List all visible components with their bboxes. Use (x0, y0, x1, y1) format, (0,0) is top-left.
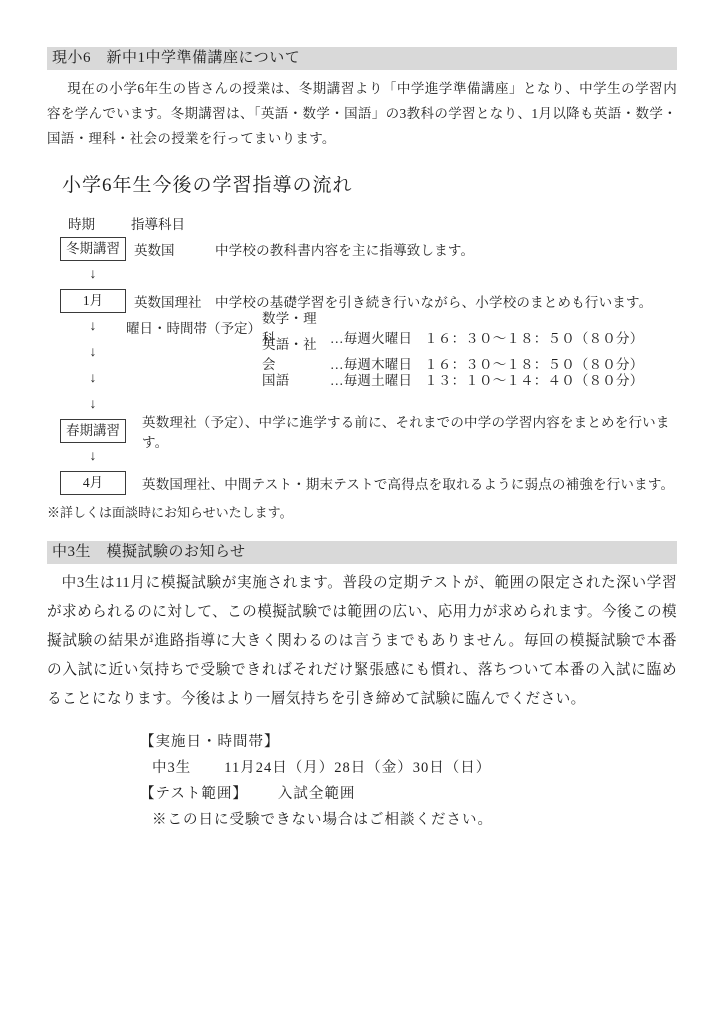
exam-grade: 中3生 (152, 760, 191, 776)
schedule-entry: 英語・社会…毎週木曜日１６：３０～１８：５０（８０分） (262, 333, 643, 373)
schedule-label: 曜日・時間帯（予定） (126, 317, 262, 337)
flow-header-period: 時期 (68, 213, 131, 233)
exam-note: ※この日に受験できない場合はご相談ください。 (152, 807, 677, 833)
schedule-day: …毎週土曜日 (330, 373, 412, 388)
exam-dates: 11月24日（月）28日（金）30日（日） (224, 760, 491, 776)
step-description: 英数理社（予定）、中学に進学する前に、それまでの中学の学習内容をまとめを行います… (142, 411, 677, 451)
down-arrow-icon: ↓ (60, 371, 126, 387)
step-subjects: 英数国理社 (134, 291, 215, 311)
flow-header-row: 時期 指導科目 (47, 210, 677, 236)
step-description: 英数国理社、中間テスト・期末テストで高得点を取れるように弱点の補強を行います。 (142, 473, 674, 493)
period-box-april: 4月 (60, 471, 126, 495)
down-arrow-icon: ↓ (60, 267, 126, 283)
step-subjects: 英数国 (134, 239, 215, 259)
prep-course-paragraph: 現在の小学6年生の皆さんの授業は、冬期講習より「中学進学準備講座」となり、中学生… (47, 76, 677, 151)
down-arrow-icon: ↓ (60, 345, 126, 361)
exam-range-label: 【テスト範囲】 (140, 786, 248, 802)
flow-header-subjects: 指導科目 (131, 213, 185, 233)
step-description: 中学校の教科書内容を主に指導致します。 (215, 239, 474, 259)
period-box-spring: 春期講習 (60, 419, 126, 443)
exam-date-line: 中3生11月24日（月）28日（金）30日（日） (152, 755, 677, 781)
mock-exam-paragraph: 中3生は11月に模擬試験が実施されます。普段の定期テストが、範囲の限定された深い… (47, 569, 677, 714)
schedule-row: ↓ 国語…毎週土曜日１３：１０～１４：４０（８０分） (47, 366, 677, 392)
flow-step-spring: 春期講習 英数理社（予定）、中学に進学する前に、それまでの中学の学習内容をまとめ… (47, 418, 677, 444)
flow-note: ※詳しくは面談時にお知らせいたします。 (47, 502, 677, 521)
document-content: 現小6 新中1中学準備講座について 現在の小学6年生の皆さんの授業は、冬期講習よ… (47, 47, 677, 833)
schedule-subject: 国語 (262, 369, 330, 389)
exam-date-label: 【実施日・時間帯】 (140, 729, 677, 755)
flow-step-winter: 冬期講習 英数国 中学校の教科書内容を主に指導致します。 (47, 236, 677, 262)
schedule-time: １３：１０～１４：４０（８０分） (424, 373, 643, 388)
section-heading-prep-course: 現小6 新中1中学準備講座について (47, 47, 677, 70)
document-page: 現小6 新中1中学準備講座について 現在の小学6年生の皆さんの授業は、冬期講習よ… (0, 0, 725, 1024)
period-box-winter: 冬期講習 (60, 237, 126, 261)
down-arrow-icon: ↓ (60, 319, 126, 335)
schedule-row: ↓ 英語・社会…毎週木曜日１６：３０～１８：５０（８０分） (47, 340, 677, 366)
flow-title: 小学6年生今後の学習指導の流れ (62, 170, 677, 197)
period-box-january: 1月 (60, 289, 126, 313)
down-arrow-icon: ↓ (60, 449, 126, 465)
exam-range-line: 【テスト範囲】入試全範囲 (140, 781, 677, 807)
schedule-entry: 国語…毎週土曜日１３：１０～１４：４０（８０分） (262, 369, 643, 389)
section-heading-mock-exam: 中3生 模擬試験のお知らせ (47, 541, 677, 564)
study-flow: 時期 指導科目 冬期講習 英数国 中学校の教科書内容を主に指導致します。 ↓ 1… (47, 210, 677, 521)
down-arrow-icon: ↓ (60, 397, 126, 413)
flow-arrow-row: ↓ (47, 262, 677, 288)
schedule-subject: 英語・社会 (262, 333, 330, 373)
mock-exam-details: 【実施日・時間帯】 中3生11月24日（月）28日（金）30日（日） 【テスト範… (140, 729, 677, 833)
flow-step-april: 4月 英数国理社、中間テスト・期末テストで高得点を取れるように弱点の補強を行いま… (47, 470, 677, 496)
exam-range-value: 入試全範囲 (278, 786, 356, 802)
